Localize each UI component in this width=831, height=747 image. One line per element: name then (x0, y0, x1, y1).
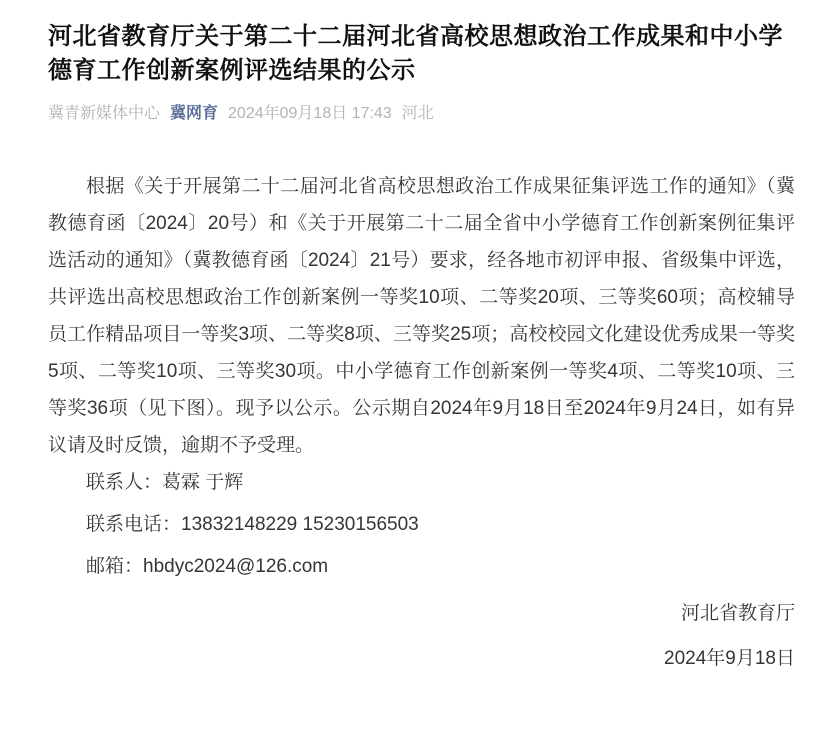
article-meta-row: 冀青新媒体中心 冀网育 2024年09月18日 17:43 河北 (48, 103, 795, 125)
publish-location: 河北 (402, 103, 434, 125)
account-link[interactable]: 冀网育 (170, 103, 218, 125)
contact-person-line: 联系人：葛霖 于辉 (48, 468, 795, 498)
contact-email-line: 邮箱：hbdyc2024@126.com (48, 552, 795, 582)
article-body: 根据《关于开展第二十二届河北省高校思想政治工作成果征集评选工作的通知》（冀教德育… (48, 168, 795, 674)
author-name[interactable]: 冀青新媒体中心 (48, 103, 160, 125)
article-page: 河北省教育厅关于第二十二届河北省高校思想政治工作成果和中小学德育工作创新案例评选… (0, 0, 831, 747)
publish-datetime: 2024年09月18日 17:43 (228, 103, 392, 125)
signature-date: 2024年9月18日 (48, 644, 795, 674)
signature-organization: 河北省教育厅 (48, 599, 795, 629)
article-title: 河北省教育厅关于第二十二届河北省高校思想政治工作成果和中小学德育工作创新案例评选… (48, 20, 795, 88)
contact-block: 联系人：葛霖 于辉 联系电话：13832148229 15230156503 邮… (48, 468, 795, 582)
contact-phone-line: 联系电话：13832148229 15230156503 (48, 510, 795, 540)
announcement-paragraph: 根据《关于开展第二十二届河北省高校思想政治工作成果征集评选工作的通知》（冀教德育… (48, 168, 795, 464)
signature-block: 河北省教育厅 2024年9月18日 (48, 599, 795, 674)
